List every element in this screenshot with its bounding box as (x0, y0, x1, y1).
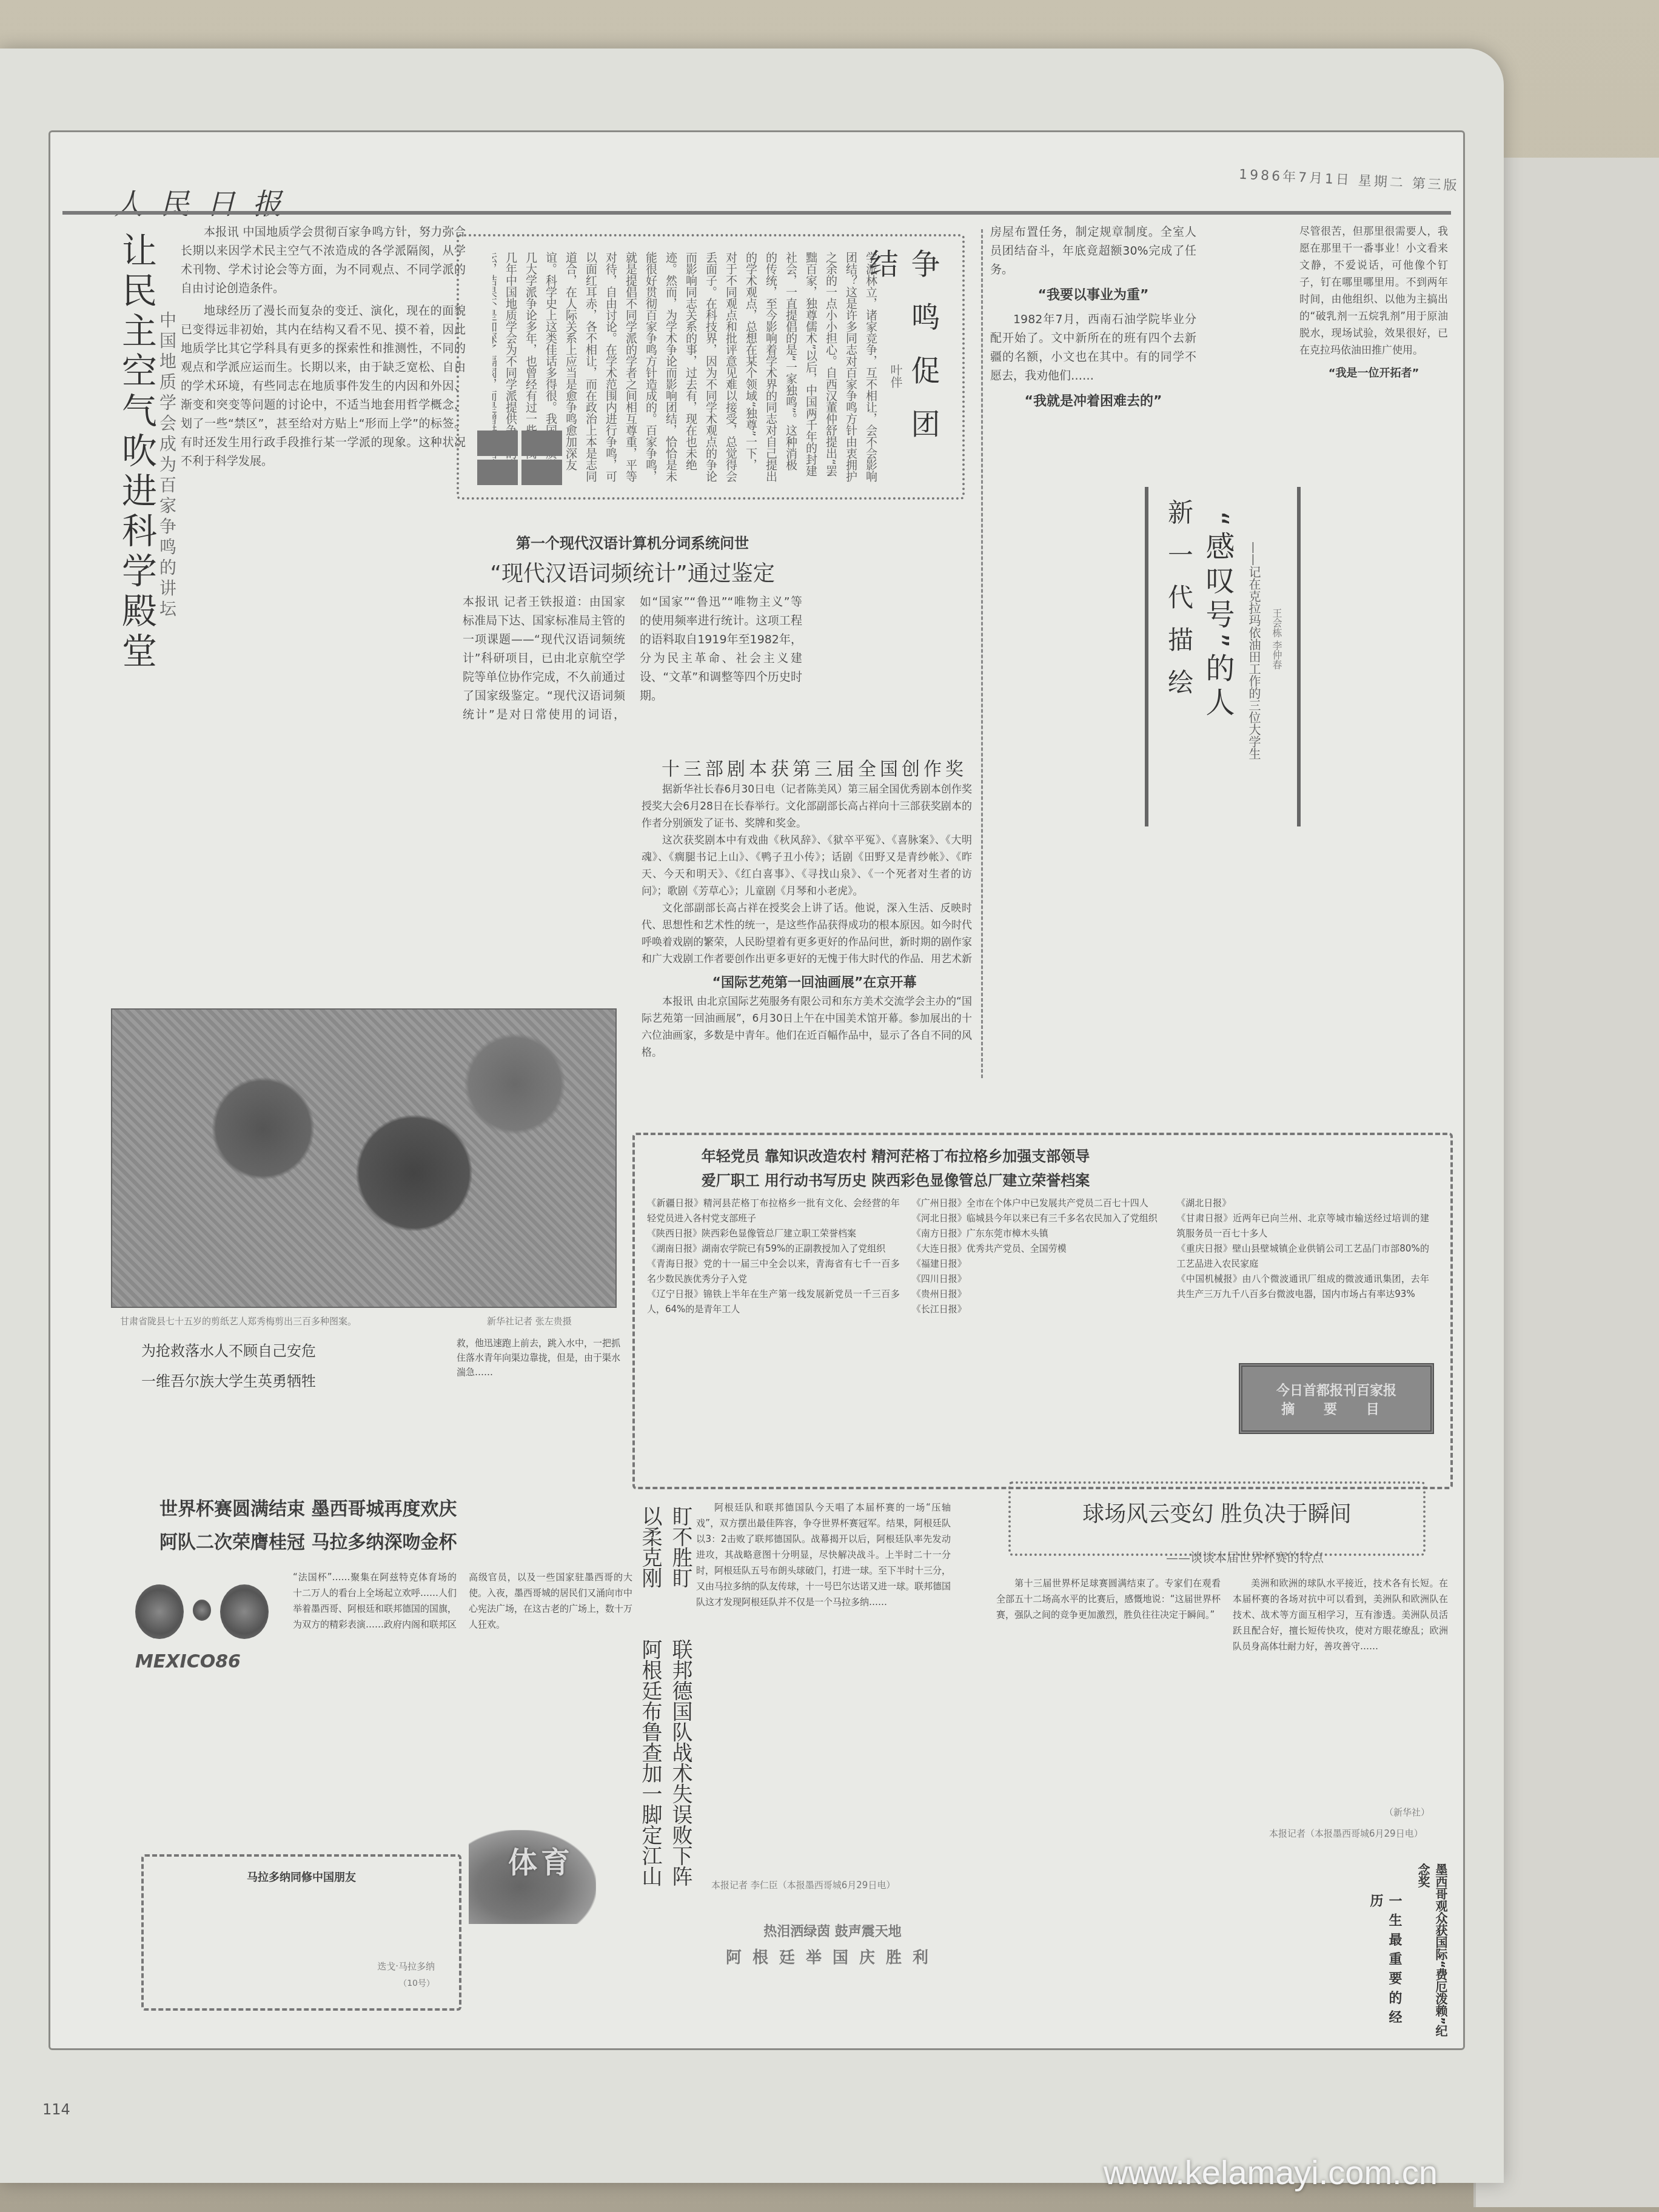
analysis-title-box: 球场风云变幻 胜负决于瞬间 (1008, 1481, 1426, 1556)
geology-body: 本报讯 中国地质学会贯彻百家争鸣方针，努力弥合长期以来因学术民主空气不浓造成的各… (181, 223, 466, 745)
page-number: 114 (42, 2101, 70, 2118)
header-rule (62, 211, 1451, 215)
maradona-number: （10号） (398, 1977, 435, 1989)
final-text: 阿根廷队和联邦德国队今天唱了本届杯赛的一场“压轴戏”，双方摆出最佳阵容，争夺世界… (696, 1500, 951, 1875)
celebration-title-2: 阿根廷举国庆胜利 (705, 1945, 960, 1968)
worldcup-title-1: 世界杯赛圆满结束 墨西哥城再度欢庆 (159, 1493, 457, 1520)
digest-box: 年轻党员 靠知识改造农村 精河茫格丁布拉格乡加强支部领导 爱厂职工 用行动书写历… (632, 1133, 1453, 1489)
karamay-authors: 王会栋 李仲春 (1270, 608, 1284, 717)
digest-headline-1: 年轻党员 靠知识改造农村 精河茫格丁布拉格乡加强支部领导 (647, 1144, 1144, 1165)
final-title-a1: 以柔克刚 (635, 1506, 665, 1627)
final-title-a2: 阿根廷布鲁查加一脚定江山 (635, 1639, 665, 1906)
newspaper-page: 人民日报 1986年7月1日 星期二 第三版 让民主空气吹进科学殿堂 中国地质学… (49, 130, 1465, 2050)
geology-subtitle: 中国地质学会成为百家争鸣的讲坛 (155, 311, 179, 711)
mexico-side-subtitle: 一生最重要的经历 (1366, 1894, 1404, 2045)
rescue-title-2: 一维吾尔族大学生英勇牺牲 (141, 1369, 316, 1390)
digest-stamp: 今日首都报刊百家报 摘 要 目 (1239, 1363, 1434, 1434)
column-divider (981, 229, 983, 1078)
oilpainting-title: “国际艺苑第一回油画展”在京开幕 (657, 972, 972, 991)
maradona-note-box: 马拉多纳同修中国朋友 迭戈·马拉多纳 （10号） (141, 1854, 461, 2011)
analysis-credit: （新华社） (1384, 1806, 1430, 1818)
final-title-b2: 联邦德国队战术失误败下阵 (666, 1639, 695, 1906)
maradona-signature: 迭戈·马拉多纳 (377, 1960, 435, 1972)
papercut-photo (111, 1008, 617, 1308)
final-title-b1: 盯不胜盯 (666, 1506, 695, 1627)
worldcup-text: “法国杯”……聚集在阿兹特克体育场的十二万人的看台上全场起立欢呼……人们举着墨西… (293, 1569, 632, 1860)
rescue-title-1: 为抢救落水人不顾自己安危 (141, 1339, 316, 1360)
photo-caption: 甘肃省陇县七十五岁的剪纸艺人郑秀梅剪出三百多种图案。 (120, 1315, 460, 1327)
mexico86-text: MEXICO86 (135, 1651, 241, 1672)
worldcup-title-2: 阿队二次荣膺桂冠 马拉多纳深吻金杯 (159, 1527, 457, 1553)
commentary-box: 争鸣促团结 叶伴 学派林立，诸家竞争，互不相让，会不会影响团结？这是许多同志对百… (457, 234, 965, 500)
photo-credit: 新华社记者 张左贵摄 (487, 1315, 572, 1327)
mexico86-logo: MEXICO86 (135, 1584, 269, 1694)
dateline: 1986年7月1日 星期二 第三版 (1238, 164, 1460, 194)
commentary-author: 叶伴 (887, 364, 905, 437)
karamay-side-title: 新一代描绘 (1161, 499, 1197, 814)
karamay-subtitle: ——记在克拉玛依油田工作的三位大学生 (1245, 541, 1263, 808)
analysis-right-text: 美洲和欧洲的球队水平接近，技术各有长短。在本届杯赛的各场对抗中可以看到，美洲队和… (1233, 1575, 1448, 1788)
commentary-badge (477, 431, 562, 485)
analysis-left-text: 第十三届世界杯足球赛圆满结束了。专家们在观看全部五十二场高水平的比赛后，感慨地说… (996, 1575, 1221, 1976)
final-credit: 本报记者 李仁臣（本报墨西哥城6月29日电） (711, 1879, 895, 1891)
oilpainting-text: 本报讯 由北京国际艺苑服务有限公司和东方美术交流学会主办的“国际艺苑第一回油画展… (642, 993, 972, 1072)
analysis-sub-credit: 本报记者（本报墨西哥城6月29日电） (1269, 1827, 1423, 1840)
mexico-side-title: 墨西哥观众获国际“费厄泼赖”纪念奖 (1415, 1863, 1450, 2045)
karamay-col2: 尽管很苦，但那里很需要人，我愿在那里干一番事业！小文看来文静，不爱说话，可他像个… (1299, 223, 1448, 1084)
karamay-main-title: “感叹号”的人 (1197, 511, 1239, 814)
watermark: www.kelamayi.com.cn (1104, 2153, 1438, 2192)
sports-logo: 体育 (469, 1830, 596, 1924)
analysis-subtitle: ——谈谈本届世界杯赛的特点 (1166, 1548, 1324, 1566)
karamay-title-box: 新一代描绘 “感叹号”的人 ——记在克拉玛依油田工作的三位大学生 王会栋 李仲春 (1145, 487, 1301, 826)
celebration-title-1: 热泪洒绿茵 鼓声震天地 (705, 1921, 960, 1940)
wordfreq-kicker: 第一个现代汉语计算机分词系统问世 (463, 531, 802, 552)
maradona-note-title: 马拉多纳同修中国朋友 (144, 1869, 459, 1885)
drama-body: 据新华社长春6月30日电（记者陈美风）第三届全国优秀剧本创作奖授奖大会6月28日… (642, 781, 972, 963)
drama-title: 十三部剧本获第三届全国创作奖 (657, 754, 972, 780)
rescue-text: 救，他迅速跑上前去，跳入水中，一把抓住落水青年向渠边靠拢，但是，由于渠水湍急…… (457, 1336, 620, 1469)
digest-headline-2: 爱厂职工 用行动书写历史 陕西彩色显像管总厂建立荣誉档案 (647, 1168, 1144, 1190)
analysis-title: 球场风云变幻 胜负决于瞬间 (1011, 1497, 1423, 1528)
masthead: 人民日报 (114, 181, 298, 223)
wordfreq-title: “现代汉语词频统计”通过鉴定 (463, 557, 802, 588)
